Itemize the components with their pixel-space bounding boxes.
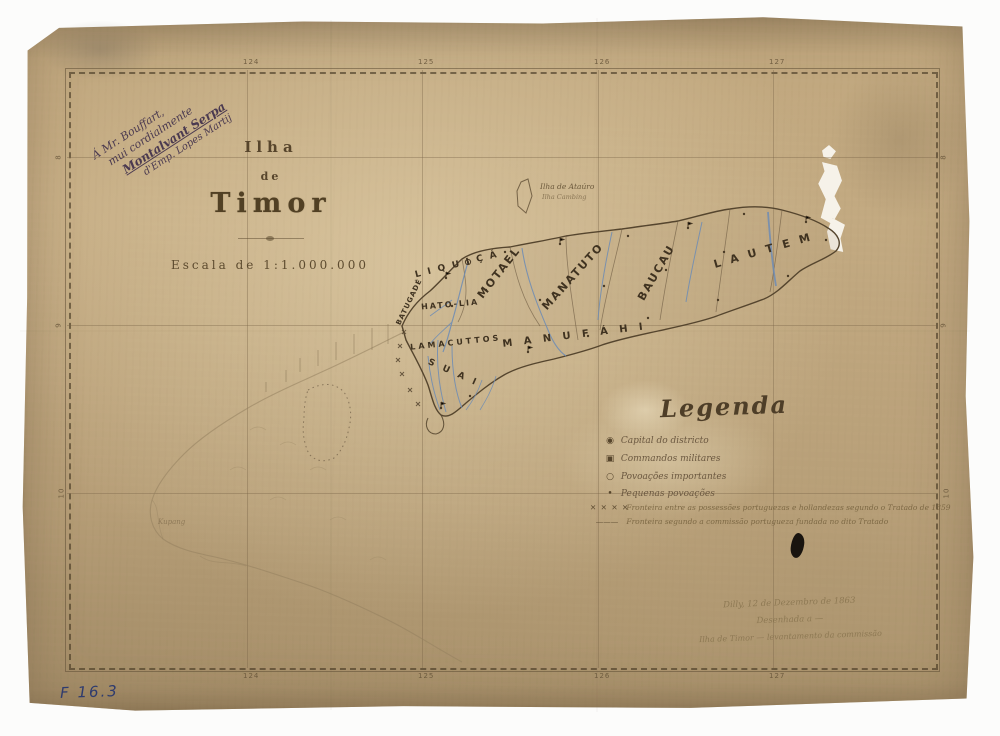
village-symbol: •	[602, 489, 618, 499]
coastal-name-ticks	[266, 324, 388, 392]
atauro-island-outline	[517, 179, 532, 213]
frontier-line-symbol: ———	[590, 517, 624, 526]
kupang-label: Kupang	[158, 518, 185, 526]
archive-shelfmark: F 16.3	[60, 682, 119, 702]
legend-item: ◉ Capital do districto	[602, 436, 709, 446]
legend-item-label: Commandos militares	[621, 454, 721, 464]
title-divider	[238, 238, 304, 239]
west-timor-detail	[152, 500, 246, 566]
legend-item-label: Pequenas povoações	[621, 489, 715, 499]
legend-item: ▣ Commandos militares	[602, 454, 720, 464]
legend-frontier-1: ✕ ✕ ✕ ✕ Fronteira entre as possessões po…	[590, 503, 951, 512]
west-timor-coastline	[150, 332, 462, 662]
legend-item: • Pequenas povoações	[602, 489, 715, 499]
atauro-alt-label: Ilha Cambing	[542, 193, 586, 201]
colophon-line: Ilha de Timor — levantamento da commissã…	[690, 629, 890, 645]
legend-item-label: Capital do districto	[621, 436, 709, 446]
map-title-line1: Ilha	[196, 138, 346, 156]
scale-statement: Escala de 1:1.000.000	[150, 258, 390, 272]
map-title-line2: de	[196, 170, 346, 183]
legend-frontier-label: Fronteira entre as possessões portugueza…	[626, 503, 950, 512]
colophon: Dilly, 12 de Dezembro de 1863 Desenhada …	[689, 595, 891, 652]
legend-item-label: Povoações importantes	[621, 472, 726, 482]
colophon-line: Desenhada a —	[690, 612, 890, 629]
suai-coast-detail	[426, 415, 443, 434]
capital-symbol: ◉	[602, 436, 618, 446]
map-sheet-scan: 124 125 126 127 124 125 126 127 8 9 10 8…	[0, 0, 1000, 736]
oecusse-dotted-boundary	[303, 384, 350, 460]
map-title-line3: Timor	[176, 188, 366, 219]
legend-frontier-2: ——— Fronteira segundo a commissão portug…	[590, 517, 888, 526]
atauro-label: Ilha de Ataúro	[540, 182, 594, 191]
hill-hachures	[230, 427, 386, 560]
town-symbol: ○	[602, 472, 618, 482]
frontier-x-symbol: ✕ ✕ ✕ ✕	[590, 503, 624, 512]
legend-title: Legenda	[660, 390, 789, 423]
command-symbol: ▣	[602, 454, 618, 464]
legend-item: ○ Povoações importantes	[602, 472, 726, 482]
legend-frontier-label: Fronteira segundo a commissão portugueza…	[626, 517, 888, 526]
